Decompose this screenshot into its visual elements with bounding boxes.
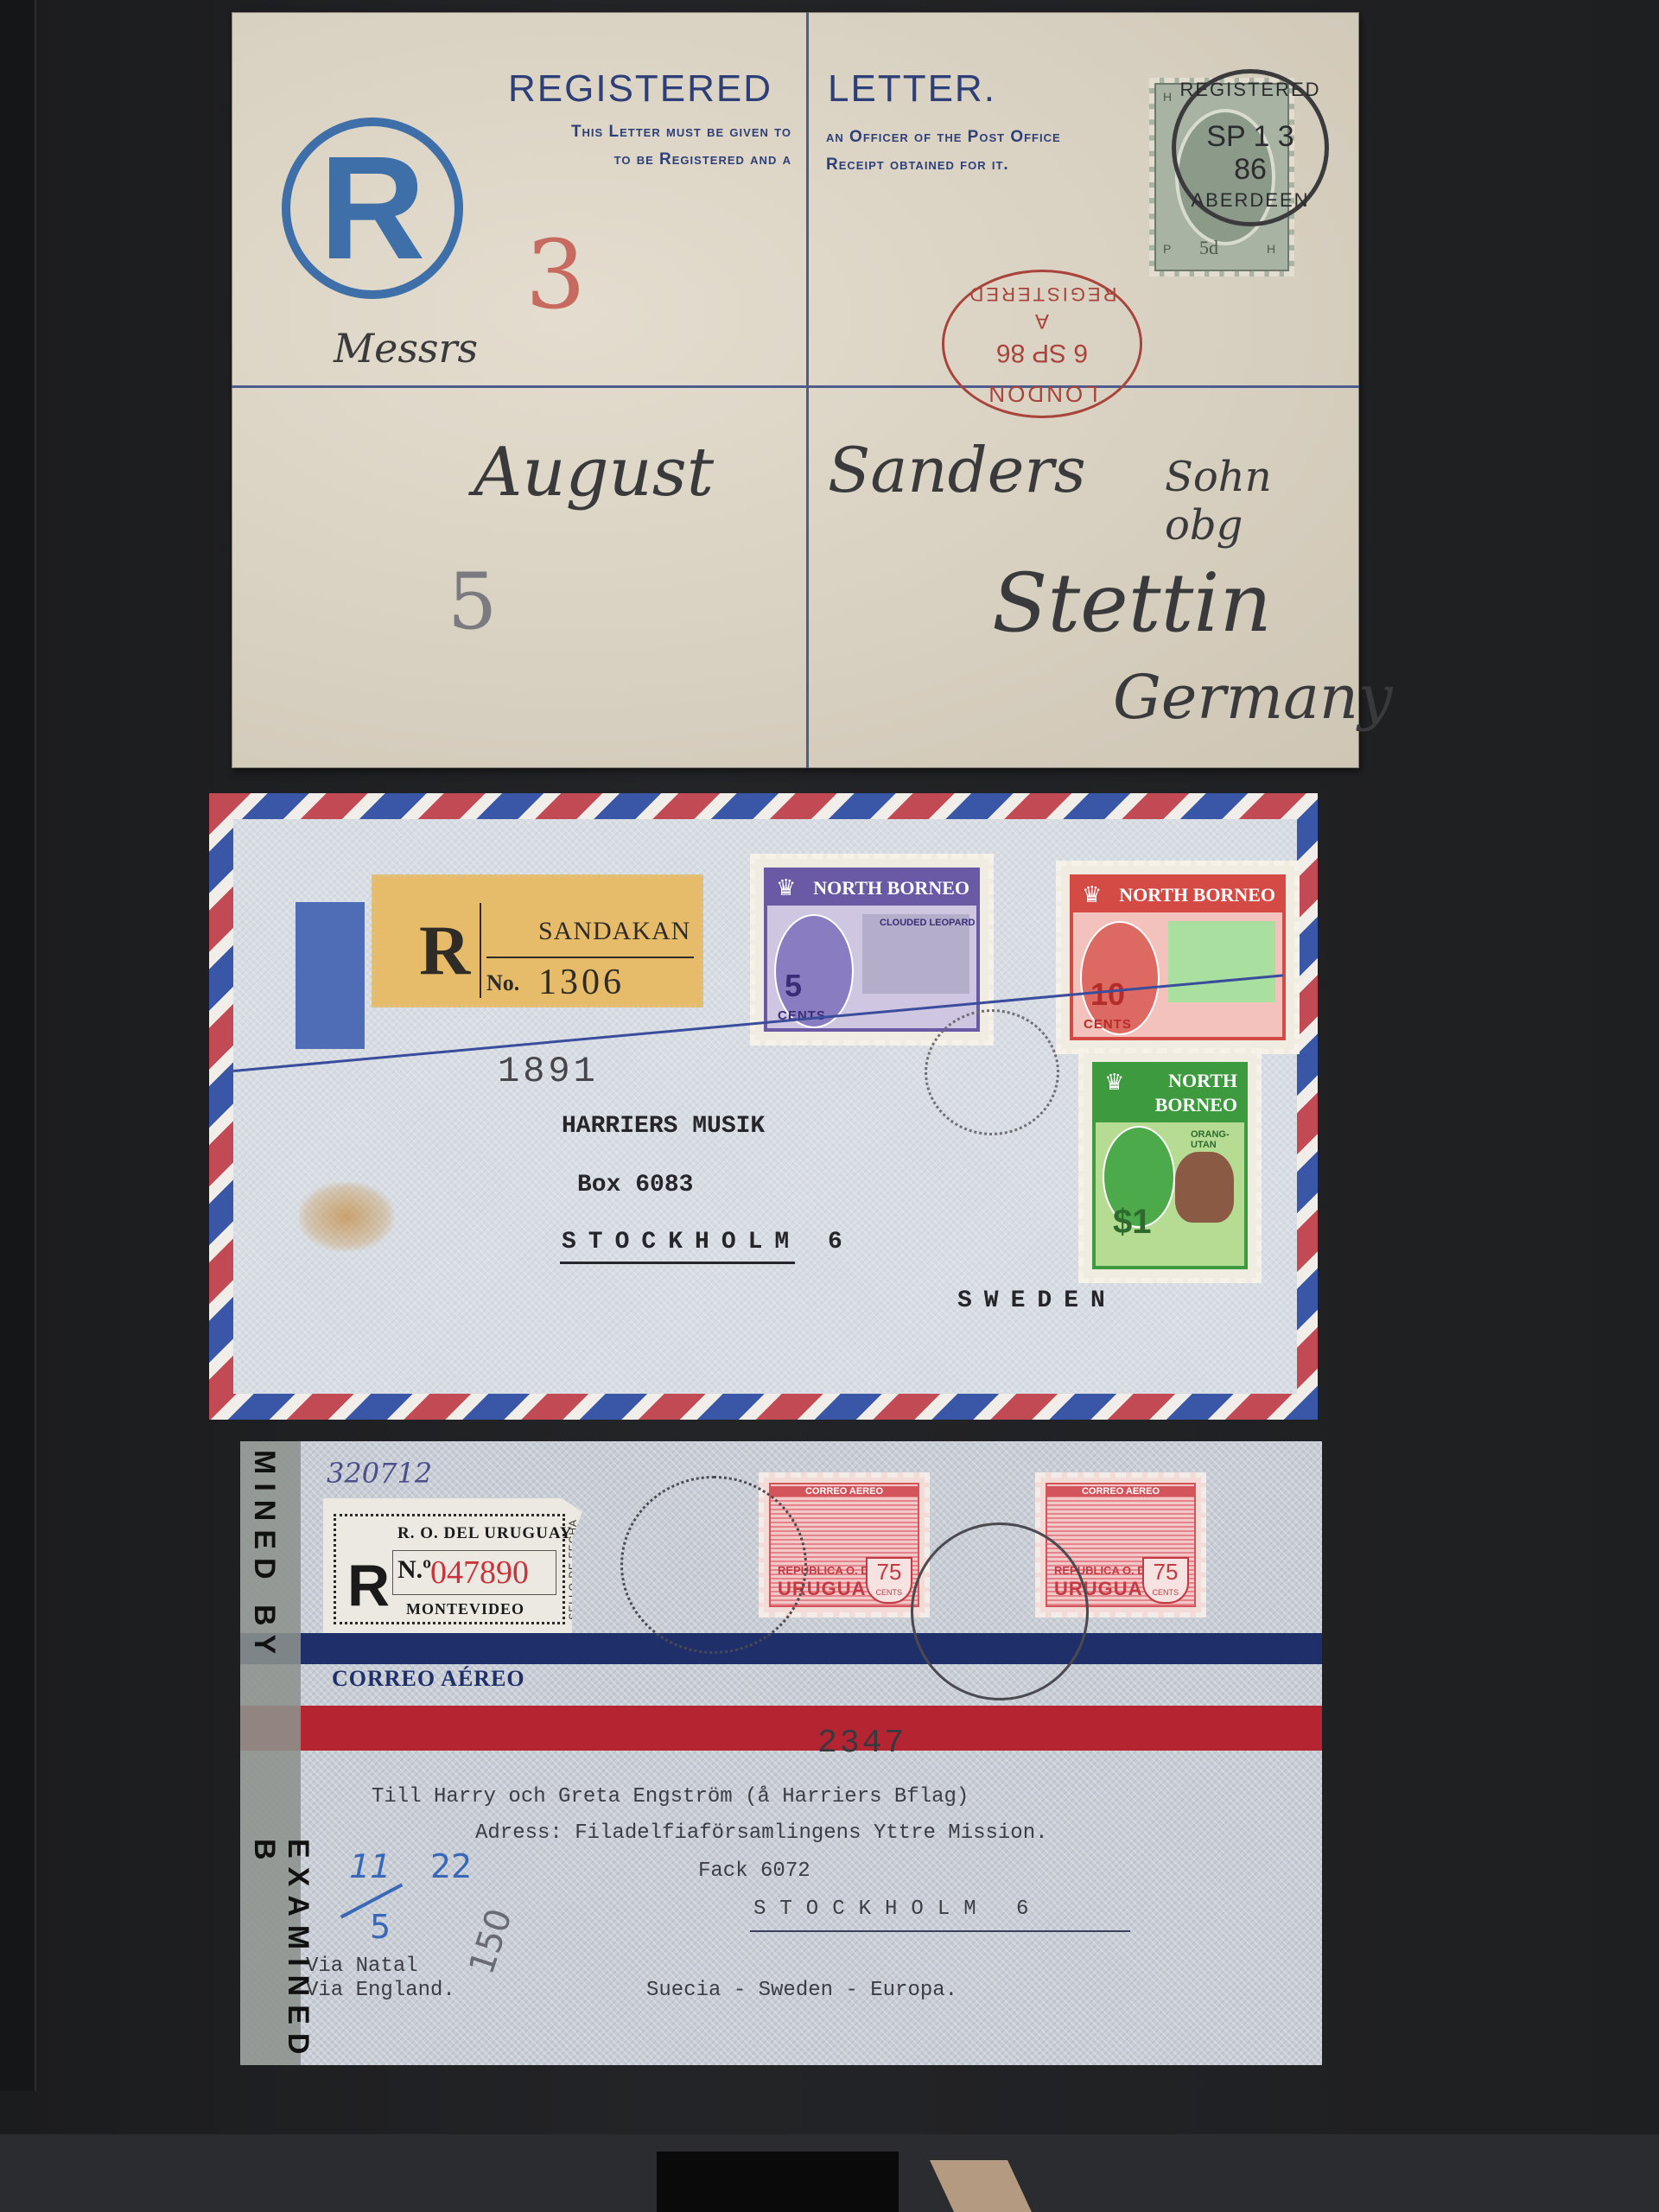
postmark-sandakan [925,1009,1059,1135]
title-letter: LETTER. [828,67,996,111]
stamp-header: CORREO AEREO [771,1486,918,1497]
stamp-corner-letter: H [1267,242,1275,256]
address-city: STOCKHOLM 6 [562,1229,855,1255]
postmark-text: REGISTERED [944,283,1140,305]
postmark-year: 86 [1176,153,1325,187]
city-name: STOCKHOLM [562,1229,801,1255]
airmail-blue-band [240,1633,1322,1664]
city-underline [560,1262,795,1264]
envelope-face: R SANDAKAN No. 1306 NORTH BORNEO ♛ CLOUD… [233,819,1297,1394]
postmark-aberdeen: REGISTERED SP 1 3 86 ABERDEEN [1172,69,1329,226]
envelope-vertical-line [806,12,809,768]
censor-text: EXAMINED B [247,1839,315,2065]
stamp-country: NORTH BORNEO [767,871,976,906]
stamp-north-borneo-1-dollar: NORTH BORNEO ♛ ORANG-UTAN $1 [1078,1048,1262,1283]
crown-icon: ♛ [1104,1069,1124,1096]
censor-text: MINED BY [247,1450,281,1662]
postmark-text: REGISTERED [1176,79,1325,101]
registration-label-sandakan: R SANDAKAN No. 1306 [372,874,703,1007]
address-box: Box 6083 [577,1172,693,1198]
date-stamp-caption: SELLO DE FECHA [567,1519,579,1620]
background-gap [657,2152,899,2212]
registration-no-label: No. [486,970,519,996]
stamp-caption: ORANG-UTAN [1191,1129,1244,1150]
address-city: STOCKHOLM 6 [753,1897,1042,1921]
stamp-country: NORTH BORNEO [1073,878,1282,912]
postmark-date: 6 SP 86 [944,338,1140,367]
postmark-montevideo [620,1476,807,1654]
stamp-north-borneo-5c: NORTH BORNEO ♛ CLOUDED LEOPARD 5 CENTS [750,854,994,1046]
blue-pencil-mark: 22 [430,1847,472,1885]
stamp-header: CORREO AEREO [1047,1486,1194,1497]
city-name: STOCKHOLM [753,1897,990,1921]
handwritten-messrs: Messrs [334,325,478,372]
registration-no-label: N.º [397,1555,431,1585]
stamp-north-borneo-10c: NORTH BORNEO ♛ 10 CENTS [1056,861,1300,1054]
stamp-caption: CLOUDED LEOPARD [880,918,975,928]
registration-city: MONTEVIDEO [406,1600,524,1618]
registration-label-montevideo: R R. O. DEL URUGUAY N.º 047890 MONTEVIDE… [323,1498,582,1633]
handwritten-city: Stettin [992,556,1272,651]
registration-r: R [347,1552,390,1619]
stamp-value: $1 [1113,1203,1152,1242]
handwritten-country: Germany [1113,662,1393,733]
blue-pencil-mark: 11 [345,1847,395,1885]
postmark-town: ABERDEEN [1176,189,1325,212]
stamp-corner-letter: P [1163,242,1171,256]
label-divider [480,903,481,998]
registered-letter-cover: R REGISTERED LETTER. This Letter must be… [232,12,1359,768]
address-name: HARRIERS MUSIK [562,1113,765,1140]
pencil-number: 320712 [327,1457,432,1490]
instruction-line: This Letter must be given to [472,123,791,142]
instruction-line: to be Registered and a [472,150,791,169]
crown-icon: ♛ [1082,881,1102,908]
airmail-etiquette [296,902,365,1049]
title-registered: REGISTERED [508,67,772,111]
registration-r: R [419,910,470,991]
handwritten-addressee-first: August [474,434,714,512]
stamp-value: 5 [785,968,802,1004]
label-rule [486,957,694,958]
postmark-montevideo [911,1522,1089,1700]
orangutan-vignette [1175,1152,1234,1223]
registration-office: SANDAKAN [538,917,690,946]
album-page-edge [0,0,36,2091]
city-postcode: 6 [828,1229,855,1255]
number-stamp: 2347 [817,1725,906,1762]
pencil-mark: 5 [448,556,497,647]
airmail-red-band [240,1706,1322,1751]
address-line: Fack 6072 [698,1859,810,1883]
uruguay-censored-cover: CORREO AÉREO 320712 R R. O. DEL URUGUAY … [240,1441,1322,2065]
instruction-line: an Officer of the Post Office [826,128,1061,147]
postmark-date: SP 1 3 [1176,120,1325,154]
censor-tape: MINED BY EXAMINED B [240,1441,301,2065]
stain-mark [299,1182,394,1251]
grey-pencil-mark: 150 [462,1904,520,1980]
handwritten-addressee-last: Sanders [828,434,1086,506]
stamp-corner-letter: H [1163,90,1172,104]
postmark-london-registered: LONDON 6 SP 86 A REGISTERED [942,270,1142,418]
destination-line: Suecia - Sweden - Europa. [646,1979,957,2002]
envelope-horizontal-line [232,385,1359,388]
registered-r-emblem: R [282,118,463,299]
address-country: SWEDEN [957,1287,1117,1314]
handwritten-addressee-suffix: Sohn obg [1165,453,1359,550]
address-line: Till Harry och Greta Engström (å Harrier… [372,1785,969,1808]
registration-number: 047890 [430,1554,529,1592]
stamp-unit: CENTS [875,1588,902,1597]
stamp-unit: CENTS [1084,1017,1132,1032]
handwritten-red-mark: 3 [525,219,586,330]
north-borneo-airmail-cover: R SANDAKAN No. 1306 NORTH BORNEO ♛ CLOUD… [209,793,1318,1420]
stamp-unit: CENTS [1152,1588,1179,1597]
route-line: Via Natal [306,1955,418,1978]
registration-number: 1306 [538,962,625,1003]
postmark-text: LONDON [944,380,1140,407]
crown-icon: ♛ [776,874,796,901]
stamp-value: 5d [1199,237,1218,259]
number-stamp: 1891 [498,1051,599,1092]
registration-country: R. O. DEL URUGUAY [397,1524,573,1543]
stamp-value: 10 [1090,976,1125,1013]
city-postcode: 6 [1016,1897,1042,1921]
blue-pencil-mark: 5 [370,1908,391,1946]
instruction-line: Receipt obtained for it. [826,156,1009,175]
route-line: Via England. [306,1979,455,2002]
city-underline [750,1930,1130,1932]
postmark-code: A [944,308,1140,333]
airmail-label: CORREO AÉREO [332,1666,525,1692]
address-line: Adress: Filadelfiaförsamlingens Yttre Mi… [475,1821,1048,1845]
map-vignette [1168,921,1275,1002]
